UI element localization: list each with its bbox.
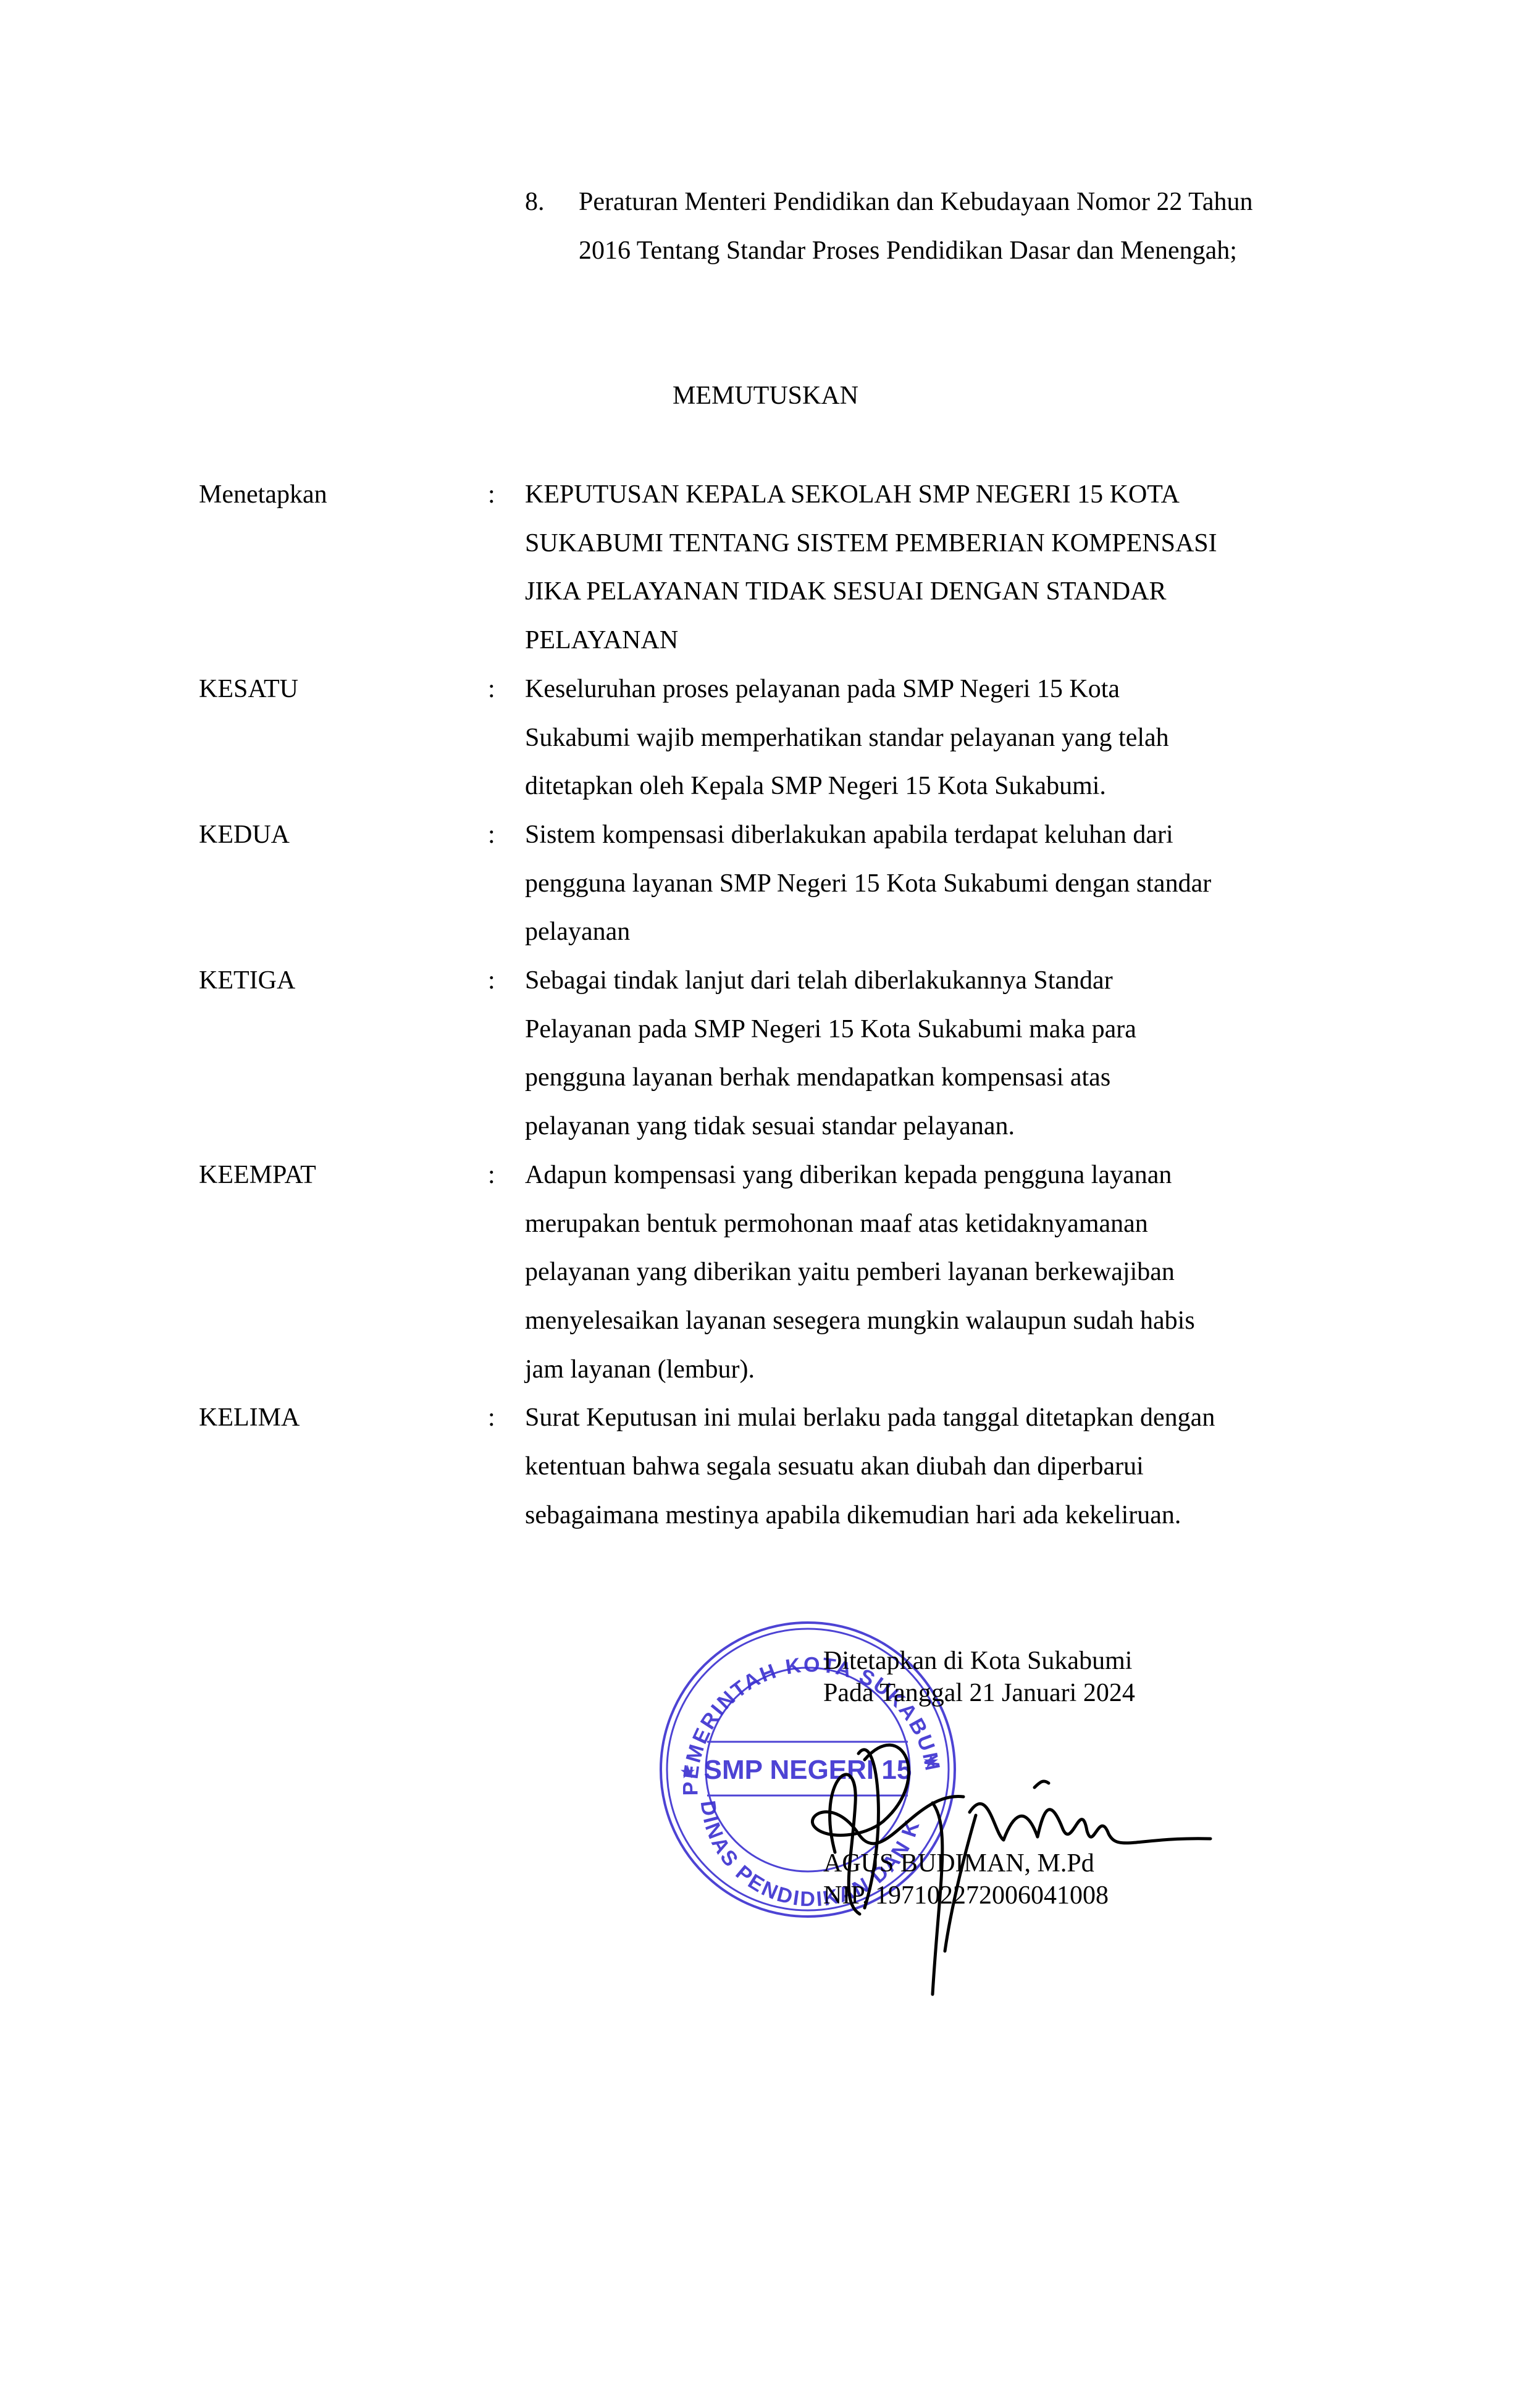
decision-text-line: Sistem kompensasi diberlakukan apabila t… [525,811,1173,859]
decision-heading: MEMUTUSKAN [0,372,1531,420]
signature-place: Ditetapkan di Kota Sukabumi [823,1645,1132,1677]
decision-text-line: SUKABUMI TENTANG SISTEM PEMBERIAN KOMPEN… [525,519,1217,568]
decision-text-line: JIKA PELAYANAN TIDAK SESUAI DENGAN STAND… [525,567,1167,616]
decision-text-line: ketentuan bahwa segala sesuatu akan diub… [525,1442,1144,1491]
decision-text-line: Sukabumi wajib memperhatikan standar pel… [525,714,1169,763]
decision-separator: : [488,956,495,1005]
decision-text-line: sebagaimana mestinya apabila dikemudian … [525,1491,1181,1540]
decision-text-line: Surat Keputusan ini mulai berlaku pada t… [525,1394,1215,1442]
decision-label: KELIMA [199,1394,300,1442]
list-item-line: 2016 Tentang Standar Proses Pendidikan D… [579,227,1237,275]
decision-text-line: jam layanan (lembur). [525,1345,755,1394]
decision-text-line: pengguna layanan SMP Negeri 15 Kota Suka… [525,859,1211,908]
decision-text-line: Pelayanan pada SMP Negeri 15 Kota Sukabu… [525,1005,1136,1054]
handwritten-signature-icon [791,1704,1223,2000]
list-item-number: 8. [525,178,545,227]
decision-text-line: KEPUTUSAN KEPALA SEKOLAH SMP NEGERI 15 K… [525,470,1180,519]
decision-text-line: Adapun kompensasi yang diberikan kepada … [525,1151,1172,1200]
decision-label: KEEMPAT [199,1151,316,1200]
decision-text-line: Keseluruhan proses pelayanan pada SMP Ne… [525,665,1120,714]
svg-text:★: ★ [679,1762,696,1783]
decision-label: Menetapkan [199,470,327,519]
decision-text-line: pelayanan [525,908,630,956]
decision-separator: : [488,665,495,714]
decision-text-line: merupakan bentuk permohonan maaf atas ke… [525,1200,1148,1248]
decision-separator: : [488,1151,495,1200]
list-item-line: Peraturan Menteri Pendidikan dan Kebuday… [579,178,1253,227]
decision-text-line: ditetapkan oleh Kepala SMP Negeri 15 Kot… [525,762,1106,811]
decision-separator: : [488,811,495,859]
decision-text-line: Sebagai tindak lanjut dari telah diberla… [525,956,1113,1005]
decision-label: KESATU [199,665,298,714]
decision-separator: : [488,1394,495,1442]
decision-text-line: pengguna layanan berhak mendapatkan komp… [525,1053,1110,1102]
decision-label: KEDUA [199,811,290,859]
decision-text-line: pelayanan yang tidak sesuai standar pela… [525,1102,1015,1151]
decision-text-line: menyelesaikan layanan sesegera mungkin w… [525,1297,1195,1345]
decision-separator: : [488,470,495,519]
decision-text-line: pelayanan yang diberikan yaitu pemberi l… [525,1248,1175,1297]
decision-label: KETIGA [199,956,295,1005]
decision-text-line: PELAYANAN [525,616,678,665]
